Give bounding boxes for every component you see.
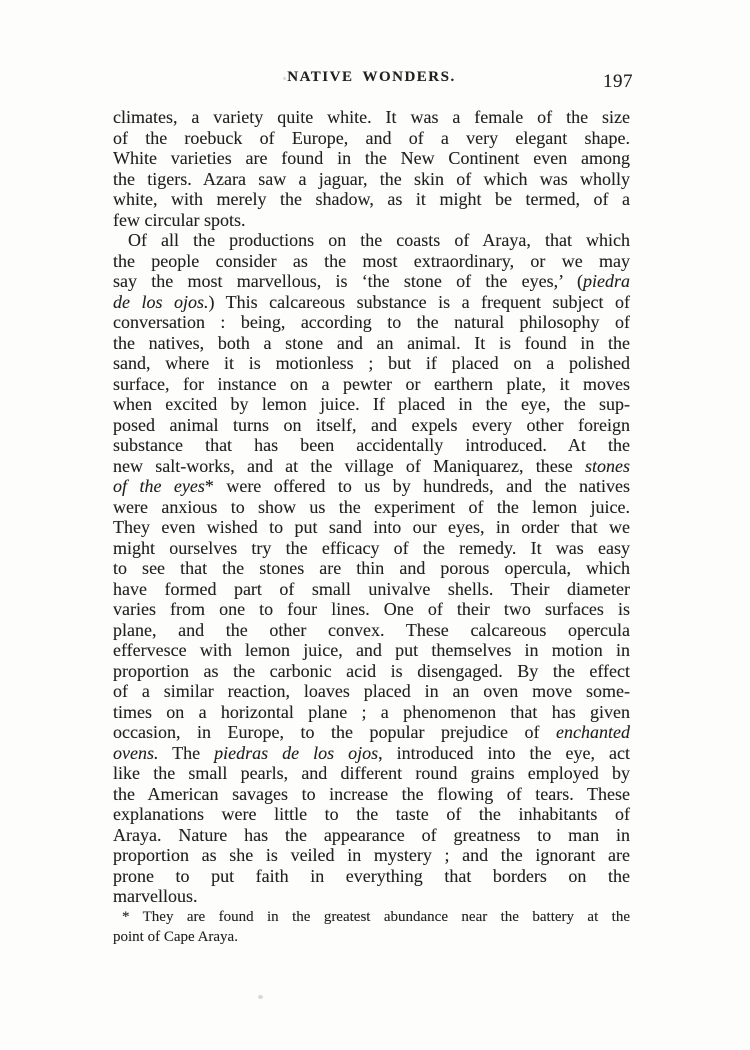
text-line: say the most marvellous, is ‘the stone o… [113,271,630,292]
text-line: might ourselves try the efficacy of the … [113,538,630,559]
text-line: to see that the stones are thin and poro… [113,558,630,579]
text-line: marvellous. [113,886,630,907]
text-line: ovens. The piedras de los ojos, introduc… [113,743,630,764]
text-line: the people consider as the most extraord… [113,251,630,272]
scanned-book-page: NATIVE WONDERS. 197 climates, a variety … [0,0,750,1050]
text-line: substance that has been accidentally int… [113,435,630,456]
text-line: plane, and the other convex. These calca… [113,620,630,641]
text-line: prone to put faith in everything that bo… [113,866,630,887]
text-line: * They are found in the greatest abundan… [113,907,630,927]
text-line: the American savages to increase the flo… [113,784,630,805]
text-line: white, with merely the shadow, as it mig… [113,189,630,210]
text-line: Of all the productions on the coasts of … [113,230,630,251]
text-line: They even wished to put sand into our ey… [113,517,630,538]
italic-text: stones [585,456,630,476]
page-body: climates, a variety quite white. It was … [113,107,630,907]
text-line: explanations were little to the taste of… [113,804,630,825]
text-line: the natives, both a stone and an animal.… [113,333,630,354]
text-line: sand, where it is motionless ; but if pl… [113,353,630,374]
text-line: Araya. Nature has the appearance of grea… [113,825,630,846]
text-line: new salt-works, and at the village of Ma… [113,456,630,477]
page-number: 197 [603,71,633,93]
text-line: point of Cape Araya. [113,927,630,947]
italic-text: enchanted [556,722,630,742]
text-line: of a similar reaction, loaves placed in … [113,681,630,702]
text-line: surface, for instance on a pewter or ear… [113,374,630,395]
running-title: NATIVE WONDERS. [113,69,630,86]
roman-text: , introduced into the eye, act [378,743,630,763]
text-line: climates, a variety quite white. It was … [113,107,630,128]
roman-text: occasion, in Europe, to the popular prej… [113,722,556,742]
text-line: conversation : being, according to the n… [113,312,630,333]
italic-text: piedra [583,271,630,291]
text-line: of the eyes* were offered to us by hundr… [113,476,630,497]
text-line: the tigers. Azara saw a jaguar, the skin… [113,169,630,190]
text-line: de los ojos.) This calcareous substance … [113,292,630,313]
roman-text: new salt-works, and at the village of Ma… [113,456,585,476]
scan-speck [258,995,263,999]
text-line: like the small pearls, and different rou… [113,763,630,784]
paragraph: climates, a variety quite white. It was … [113,107,630,230]
footnote: * They are found in the greatest abundan… [113,907,630,947]
roman-text: say the most marvellous, is ‘the stone o… [113,271,583,291]
scan-speck [283,77,286,80]
italic-text: piedras de los ojos [214,743,378,763]
text-line: varies from one to four lines. One of th… [113,599,630,620]
paragraph: Of all the productions on the coasts of … [113,230,630,907]
text-line: proportion as she is veiled in mystery ;… [113,845,630,866]
text-line: were anxious to show us the experiment o… [113,497,630,518]
italic-text: ovens. [113,743,158,763]
italic-text: of the eyes [113,476,205,496]
text-line: few circular spots. [113,210,630,231]
text-line: posed animal turns on itself, and expels… [113,415,630,436]
text-line: times on a horizontal plane ; a phenomen… [113,702,630,723]
roman-text: * were offered to us by hundreds, and th… [205,476,630,496]
roman-text: The [158,743,214,763]
text-line: occasion, in Europe, to the popular prej… [113,722,630,743]
text-line: effervesce with lemon juice, and put the… [113,640,630,661]
text-line: proportion as the carbonic acid is disen… [113,661,630,682]
text-line: White varieties are found in the New Con… [113,148,630,169]
italic-text: de los ojos. [113,292,209,312]
roman-text: ) This calcareous substance is a frequen… [209,292,631,312]
text-line: of the roebuck of Europe, and of a very … [113,128,630,149]
text-line: when excited by lemon juice. If placed i… [113,394,630,415]
text-line: have formed part of small univalve shell… [113,579,630,600]
